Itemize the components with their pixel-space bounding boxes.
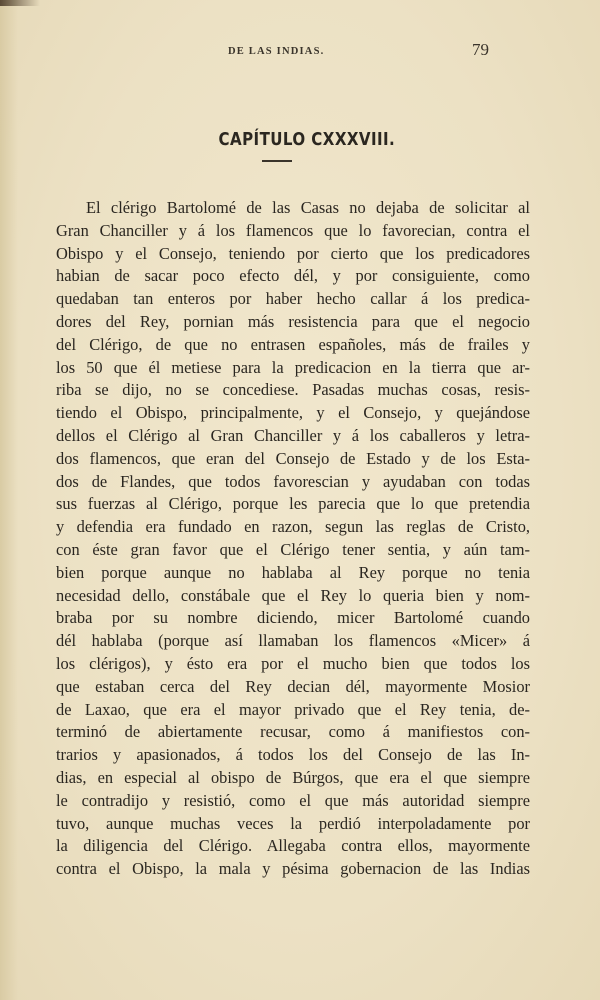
text-line: le contradijo y resistió, como el que má… (56, 790, 530, 813)
text-line: El clérigo Bartolomé de las Casas no dej… (56, 197, 530, 220)
text-line: trarios y apasionados, á todos los del C… (56, 744, 530, 767)
text-line: quedaban tan enteros por haber hecho cal… (56, 288, 530, 311)
text-line: con éste gran favor que el Clérigo tener… (56, 539, 530, 562)
text-line: dias, en especial al obispo de Búrgos, q… (56, 767, 530, 790)
text-line: tuvo, aunque muchas veces la perdió inte… (56, 813, 530, 836)
text-line: bien porque aunque no hablaba al Rey por… (56, 562, 530, 585)
text-line: la diligencia del Clérigo. Allegaba cont… (56, 835, 530, 858)
text-line: los clérigos), y ésto era por el mucho b… (56, 653, 530, 676)
page-number: 79 (472, 40, 489, 60)
text-line: los 50 que él metiese para la predicacio… (56, 357, 530, 380)
text-line: dél hablaba (porque así llamaban los fla… (56, 630, 530, 653)
text-line: y defendia era fundado en razon, segun l… (56, 516, 530, 539)
text-line: Obispo y el Consejo, teniendo por cierto… (56, 243, 530, 266)
text-line: terminó de abiertamente recusar, como á … (56, 721, 530, 744)
text-line: dellos el Clérigo al Gran Chanciller y á… (56, 425, 530, 448)
text-line: de Laxao, que era el mayor privado que e… (56, 699, 530, 722)
body-text: El clérigo Bartolomé de las Casas no dej… (56, 197, 530, 881)
book-page: DE LAS INDIAS. 79 CAPÍTULO CXXXVIII. El … (0, 0, 600, 1000)
text-line: dos de Flandes, que todos favorescian y … (56, 471, 530, 494)
text-line: dos flamencos, que eran del Consejo de E… (56, 448, 530, 471)
text-line: sus fuerzas al Clérigo, porque les parec… (56, 493, 530, 516)
chapter-title: CAPÍTULO CXXXVIII. (42, 130, 558, 150)
running-head: DE LAS INDIAS. (228, 46, 324, 57)
title-divider (262, 160, 292, 162)
text-line: riba se dijo, no se concediese. Pasadas … (56, 379, 530, 402)
text-line: braba por su nombre diciendo, micer Bart… (56, 607, 530, 630)
text-line: dores del Rey, pornian más resistencia p… (56, 311, 530, 334)
text-line: tiendo el Obispo, principalmente, y el C… (56, 402, 530, 425)
text-line: del Clérigo, de que no entrasen españole… (56, 334, 530, 357)
text-line: habian de sacar poco efecto dél, y por c… (56, 265, 530, 288)
text-line: necesidad dello, constábale que el Rey l… (56, 585, 530, 608)
text-line: que estaban cerca del Rey decian dél, ma… (56, 676, 530, 699)
text-line: contra el Obispo, la mala y pésima gober… (56, 858, 530, 881)
text-line: Gran Chanciller y á los flamencos que lo… (56, 220, 530, 243)
